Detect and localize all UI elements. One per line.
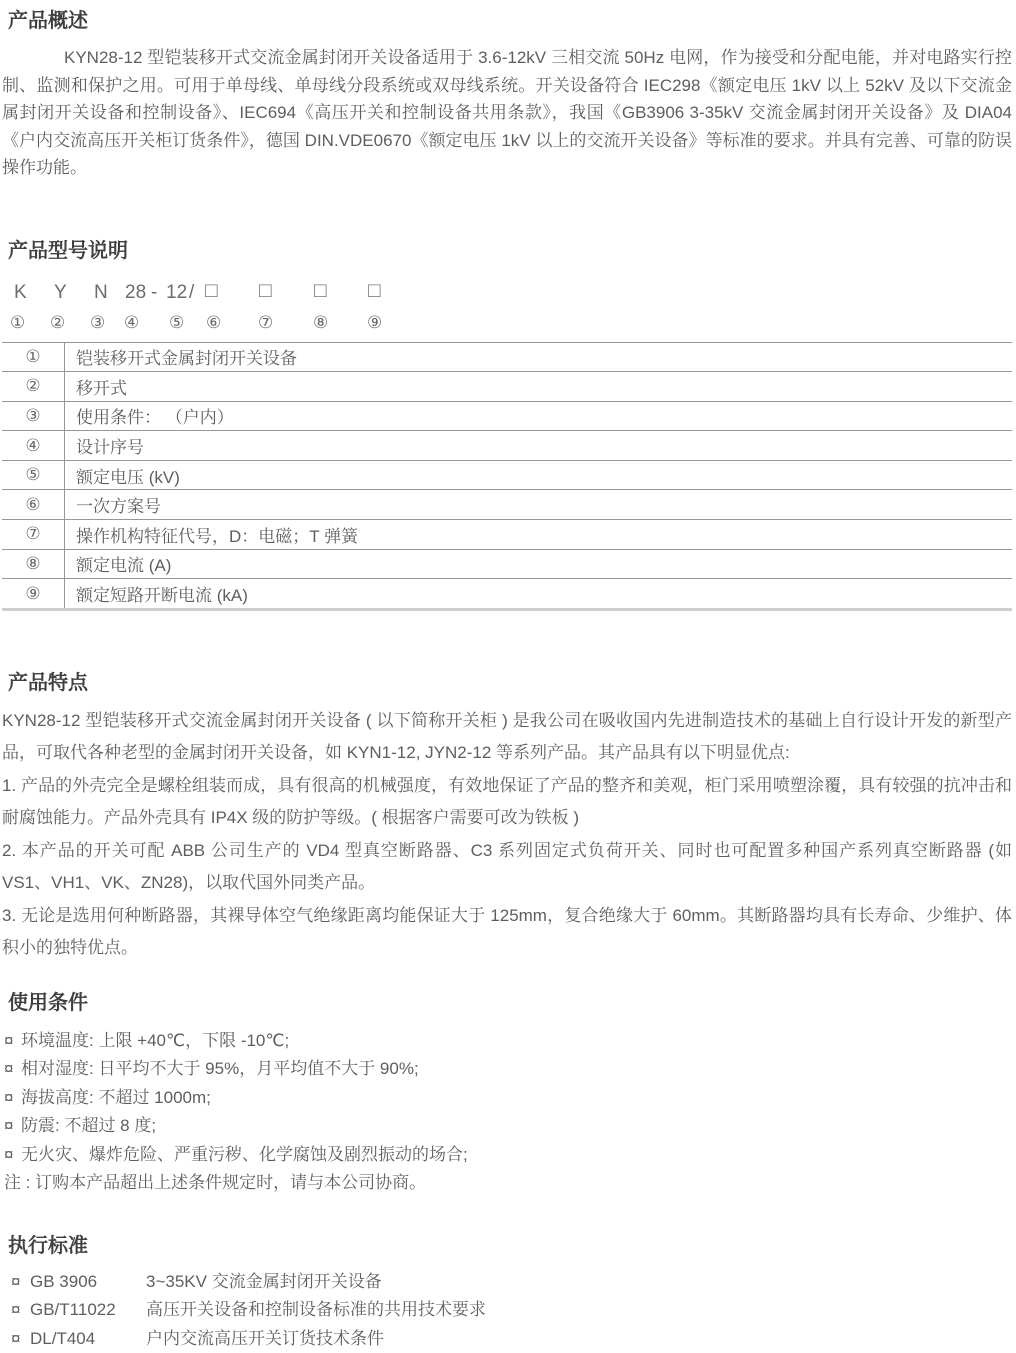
code-symbol: 12	[166, 281, 187, 305]
row-number: ⑧	[2, 550, 65, 579]
table-row: ④ 设计序号	[2, 431, 1012, 461]
condition-item: ¤ 防震: 不超过 8 度;	[2, 1112, 1012, 1141]
standard-code: GB 3906	[30, 1268, 146, 1297]
position-number: ⑨	[367, 313, 382, 333]
condition-text: 海拔高度: 不超过 1000m;	[21, 1084, 211, 1113]
model-code-row: K Y N 28 - 12 / □ □ □ □	[2, 281, 1012, 305]
position-number: ⑧	[313, 313, 328, 333]
bullet-icon: ¤	[11, 1268, 30, 1297]
row-number: ⑦	[2, 520, 65, 549]
standard-item: ¤ GB 3906 3~35KV 交流金属封闭开关设备	[2, 1268, 1012, 1297]
code-symbol: N	[94, 281, 108, 305]
feature-point: 3. 无论是选用何种断路器，其裸导体空气绝缘距离均能保证大于 125mm，复合绝…	[2, 900, 1012, 965]
overview-title: 产品概述	[2, 7, 1012, 35]
bullet-icon: ¤	[4, 1112, 21, 1141]
condition-text: 环境温度: 上限 +40℃，下限 -10℃;	[21, 1027, 289, 1056]
row-desc: 额定短路开断电流 (kA)	[65, 579, 1012, 608]
bullet-icon: ¤	[11, 1296, 30, 1325]
standard-code: DL/T404	[30, 1325, 146, 1353]
code-box-symbol: □	[368, 279, 381, 303]
condition-item: ¤ 环境温度: 上限 +40℃，下限 -10℃;	[2, 1027, 1012, 1056]
standard-item: ¤ DL/T404 户内交流高压开关订货技术条件	[2, 1325, 1012, 1353]
condition-item: ¤ 海拔高度: 不超过 1000m;	[2, 1084, 1012, 1113]
row-number: ⑤	[2, 461, 65, 490]
conditions-list: ¤ 环境温度: 上限 +40℃，下限 -10℃; ¤ 相对湿度: 日平均不大于 …	[2, 1027, 1012, 1198]
bullet-icon: ¤	[4, 1084, 21, 1113]
table-row: ⑨ 额定短路开断电流 (kA)	[2, 579, 1012, 608]
position-number: ③	[90, 313, 105, 333]
feature-point: 1. 产品的外壳完全是螺栓组装而成，具有很高的机械强度，有效地保证了产品的整齐和…	[2, 770, 1012, 835]
row-number: ②	[2, 372, 65, 401]
model-table: ① 铠装移开式金属封闭开关设备 ② 移开式 ③ 使用条件： （户内） ④ 设计序…	[2, 342, 1012, 611]
position-number: ⑦	[258, 313, 273, 333]
model-title: 产品型号说明	[2, 237, 1012, 265]
bullet-icon: ¤	[4, 1027, 21, 1056]
conditions-note: 注 : 订购本产品超出上述条件规定时，请与本公司协商。	[2, 1169, 1012, 1198]
model-position-numbers-row: ① ② ③ ④ ⑤ ⑥ ⑦ ⑧ ⑨	[2, 313, 1012, 333]
row-number: ⑥	[2, 490, 65, 519]
table-row: ⑤ 额定电压 (kV)	[2, 461, 1012, 491]
standards-list: ¤ GB 3906 3~35KV 交流金属封闭开关设备 ¤ GB/T11022 …	[2, 1268, 1012, 1353]
code-symbol: -	[151, 281, 157, 305]
table-row: ② 移开式	[2, 372, 1012, 402]
code-symbol: 28	[125, 281, 146, 305]
table-row: ⑦ 操作机构特征代号，D：电磁；T 弹簧	[2, 520, 1012, 550]
condition-text: 相对湿度: 日平均不大于 95%，月平均值不大于 90%;	[21, 1055, 419, 1084]
position-number: ⑤	[169, 313, 184, 333]
code-symbol: K	[14, 281, 27, 305]
code-symbol: Y	[54, 281, 67, 305]
row-number: ⑨	[2, 579, 65, 608]
code-box-symbol: □	[259, 279, 272, 303]
overview-paragraph: KYN28-12 型铠装移开式交流金属封闭开关设备适用于 3.6-12kV 三相…	[2, 44, 1012, 182]
condition-item: ¤ 无火灾、爆炸危险、严重污秽、化学腐蚀及剧烈振动的场合;	[2, 1141, 1012, 1170]
standard-desc: 3~35KV 交流金属封闭开关设备	[146, 1268, 1012, 1297]
code-box-symbol: □	[314, 279, 327, 303]
table-row: ① 铠装移开式金属封闭开关设备	[2, 343, 1012, 373]
row-number: ①	[2, 343, 65, 372]
conditions-title: 使用条件	[2, 989, 1012, 1017]
position-number: ④	[124, 313, 139, 333]
feature-point: 2. 本产品的开关可配 ABB 公司生产的 VD4 型真空断路器、C3 系列固定…	[2, 835, 1012, 900]
row-desc: 一次方案号	[65, 490, 1012, 519]
features-intro: KYN28-12 型铠装移开式交流金属封闭开关设备 ( 以下简称开关柜 ) 是我…	[2, 705, 1012, 770]
condition-text: 防震: 不超过 8 度;	[21, 1112, 156, 1141]
row-desc: 额定电流 (A)	[65, 550, 1012, 579]
table-row: ⑥ 一次方案号	[2, 490, 1012, 520]
section-conditions: 使用条件 ¤ 环境温度: 上限 +40℃，下限 -10℃; ¤ 相对湿度: 日平…	[2, 989, 1012, 1198]
table-row: ⑧ 额定电流 (A)	[2, 550, 1012, 580]
code-symbol: /	[189, 281, 194, 305]
section-overview: 产品概述 KYN28-12 型铠装移开式交流金属封闭开关设备适用于 3.6-12…	[2, 7, 1012, 182]
bullet-icon: ¤	[11, 1325, 30, 1353]
row-desc: 铠装移开式金属封闭开关设备	[65, 343, 1012, 372]
section-features: 产品特点 KYN28-12 型铠装移开式交流金属封闭开关设备 ( 以下简称开关柜…	[2, 669, 1012, 965]
bullet-icon: ¤	[4, 1141, 21, 1170]
standard-desc: 户内交流高压开关订货技术条件	[146, 1325, 1012, 1353]
row-number: ③	[2, 402, 65, 431]
bullet-icon: ¤	[4, 1055, 21, 1084]
row-desc: 使用条件： （户内）	[65, 402, 1012, 431]
condition-item: ¤ 相对湿度: 日平均不大于 95%，月平均值不大于 90%;	[2, 1055, 1012, 1084]
document-page: 产品概述 KYN28-12 型铠装移开式交流金属封闭开关设备适用于 3.6-12…	[0, 0, 1016, 1353]
section-model: 产品型号说明 K Y N 28 - 12 / □ □ □ □ ① ② ③ ④ ⑤…	[2, 237, 1012, 611]
standards-title: 执行标准	[2, 1232, 1012, 1260]
features-body: KYN28-12 型铠装移开式交流金属封闭开关设备 ( 以下简称开关柜 ) 是我…	[2, 705, 1012, 965]
row-desc: 移开式	[65, 372, 1012, 401]
row-desc: 操作机构特征代号，D：电磁；T 弹簧	[65, 520, 1012, 549]
row-desc: 额定电压 (kV)	[65, 461, 1012, 490]
standard-code: GB/T11022	[30, 1296, 146, 1325]
position-number: ②	[50, 313, 65, 333]
section-standards: 执行标准 ¤ GB 3906 3~35KV 交流金属封闭开关设备 ¤ GB/T1…	[2, 1232, 1012, 1353]
row-number: ④	[2, 431, 65, 460]
condition-text: 无火灾、爆炸危险、严重污秽、化学腐蚀及剧烈振动的场合;	[21, 1141, 468, 1170]
standard-desc: 高压开关设备和控制设备标准的共用技术要求	[146, 1296, 1012, 1325]
table-row: ③ 使用条件： （户内）	[2, 402, 1012, 432]
position-number: ①	[10, 313, 25, 333]
features-title: 产品特点	[2, 669, 1012, 697]
row-desc: 设计序号	[65, 431, 1012, 460]
code-box-symbol: □	[205, 279, 218, 303]
standard-item: ¤ GB/T11022 高压开关设备和控制设备标准的共用技术要求	[2, 1296, 1012, 1325]
position-number: ⑥	[206, 313, 221, 333]
